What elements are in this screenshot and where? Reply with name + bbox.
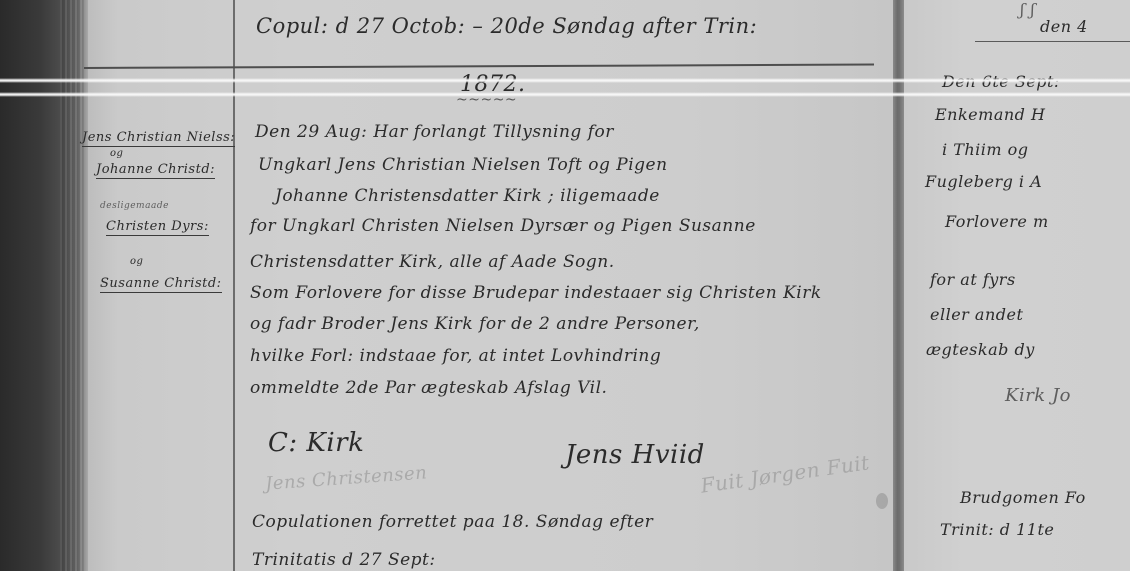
margin-name-groom-2: Christen Dyrs:	[106, 219, 209, 236]
entry-line: for Ungkarl Christen Nielsen Dyrsær og P…	[250, 216, 756, 236]
entry-line: Den 29 Aug: Har forlangt Tillysning for	[255, 122, 614, 142]
entry-line: Johanne Christensdatter Kirk ; iligemaad…	[275, 186, 660, 206]
margin-name-bride-1: Johanne Christd:	[96, 162, 215, 179]
copulation-header-line: Copul: d 27 Octob: – 20de Søndag after T…	[256, 14, 757, 38]
copulation-note-line: Copulationen forrettet paa 18. Søndag ef…	[252, 512, 653, 532]
entry-line: Som Forlovere for disse Brudepar indesta…	[250, 283, 822, 303]
margin-name-groom-1: Jens Christian Nielss:	[82, 130, 235, 147]
right-entry-line: Enkemand H	[935, 105, 1045, 124]
right-entry-line: ægteskab dy	[926, 340, 1035, 359]
entry-line: Ungkarl Jens Christian Nielsen Toft og P…	[258, 155, 668, 175]
scan-glare-streak	[0, 92, 1130, 97]
signature-witness: C: Kirk	[268, 428, 364, 458]
right-top-fragment: ʃ ʃ	[1020, 0, 1035, 19]
entry-line: og fadr Broder Jens Kirk for de 2 andre …	[250, 314, 700, 334]
right-signature: Kirk Jo	[1005, 385, 1071, 406]
right-entry-line: eller andet	[930, 305, 1023, 324]
right-entry-line: Brudgomen Fo	[960, 488, 1086, 507]
entry-line: ommeldte 2de Par ægteskab Afslag Vil.	[250, 378, 607, 398]
ink-blot	[876, 493, 888, 509]
copulation-note-line: Trinitatis d 27 Sept:	[252, 550, 436, 570]
right-entry-line: i Thiim og	[942, 140, 1029, 159]
margin-rule-vertical	[233, 0, 235, 571]
page-fold-divider	[893, 0, 904, 571]
margin-likewise-note: desligemaade	[100, 201, 169, 211]
right-entry-line: for at fyrs	[930, 270, 1016, 289]
right-entry-line: Fugleberg i A	[925, 172, 1042, 191]
signature-witness: Jens Hviid	[565, 440, 705, 470]
scanned-register-page: Copul: d 27 Octob: – 20de Søndag after T…	[0, 0, 1130, 571]
right-entry-line: Forlovere m	[945, 212, 1049, 231]
scan-glare-streak	[0, 78, 1130, 83]
right-header-fragment: den 4	[1040, 17, 1088, 36]
entry-line: Christensdatter Kirk, alle af Aade Sogn.	[250, 252, 615, 272]
right-entry-line: Trinit: d 11te	[940, 520, 1054, 539]
margin-name-bride-2: Susanne Christd:	[100, 276, 222, 293]
right-header-rule	[975, 41, 1130, 42]
entry-line: hvilke Forl: indstaae for, at intet Lovh…	[250, 346, 661, 366]
binding-page-edges	[60, 0, 84, 571]
margin-conjunction: og	[130, 256, 143, 267]
margin-conjunction: og	[110, 148, 123, 159]
